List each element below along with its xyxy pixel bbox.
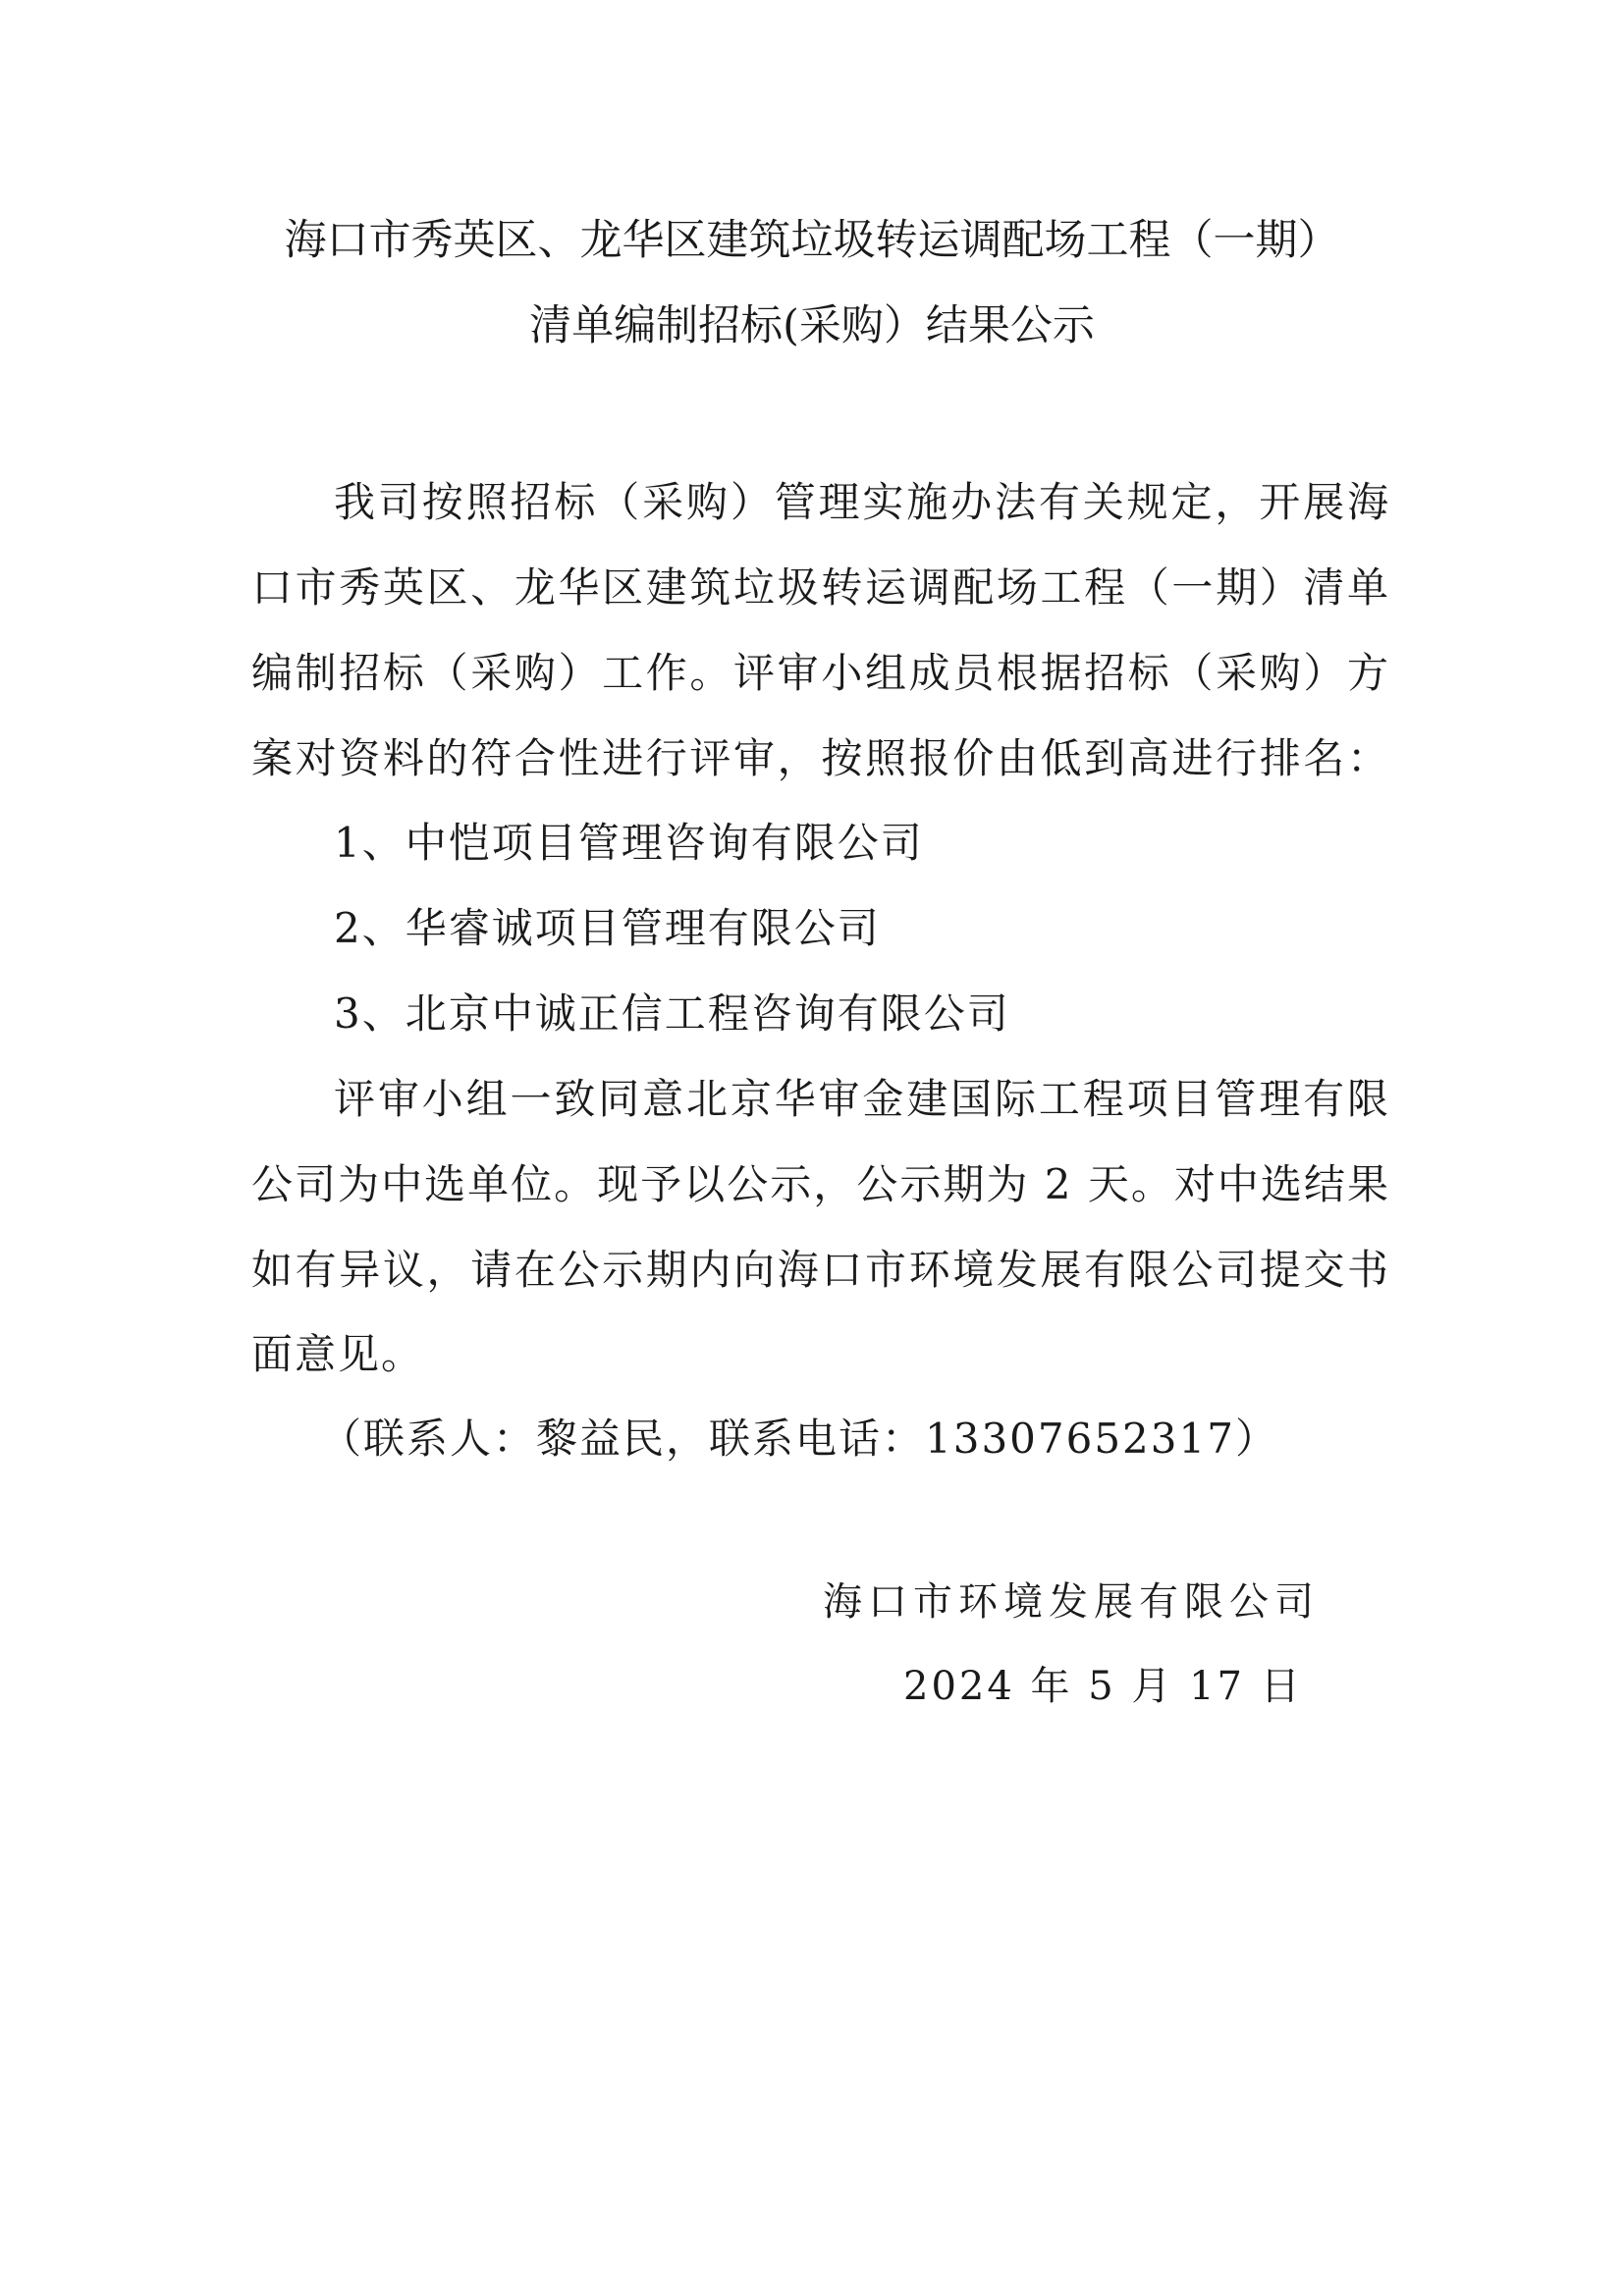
- decision-paragraph-line: 面意见。: [251, 1325, 1390, 1384]
- ranking-item: 1、中恺项目管理咨询有限公司: [334, 814, 1390, 873]
- intro-paragraph-line: 编制招标（采购）工作。评审小组成员根据招标（采购）方: [251, 644, 1390, 703]
- document-page: 海口市秀英区、龙华区建筑垃圾转运调配场工程（一期） 清单编制招标(采购）结果公示…: [0, 0, 1624, 2296]
- title-line-1: 海口市秀英区、龙华区建筑垃圾转运调配场工程（一期）: [0, 211, 1624, 270]
- intro-paragraph-line: 我司按照招标（采购）管理实施办法有关规定，开展海: [334, 473, 1390, 532]
- contact-info: （联系人：黎益民，联系电话：13307652317）: [320, 1410, 1278, 1468]
- decision-paragraph-line: 如有异议，请在公示期内向海口市环境发展有限公司提交书: [251, 1241, 1390, 1300]
- signature-date: 2024 年 5 月 17 日: [903, 1659, 1303, 1714]
- intro-paragraph-line: 案对资料的符合性进行评审，按照报价由低到高进行排名：: [251, 729, 1390, 788]
- intro-paragraph-line: 口市秀英区、龙华区建筑垃圾转运调配场工程（一期）清单: [251, 559, 1390, 617]
- decision-paragraph-line: 评审小组一致同意北京华审金建国际工程项目管理有限: [334, 1070, 1390, 1129]
- ranking-item: 2、华睿诚项目管理有限公司: [334, 899, 1390, 958]
- ranking-item: 3、北京中诚正信工程咨询有限公司: [334, 985, 1390, 1043]
- signature-company: 海口市环境发展有限公司: [823, 1575, 1320, 1629]
- title-line-2: 清单编制招标(采购）结果公示: [0, 296, 1624, 355]
- decision-paragraph-line: 公司为中选单位。现予以公示，公示期为 2 天。对中选结果: [251, 1155, 1390, 1214]
